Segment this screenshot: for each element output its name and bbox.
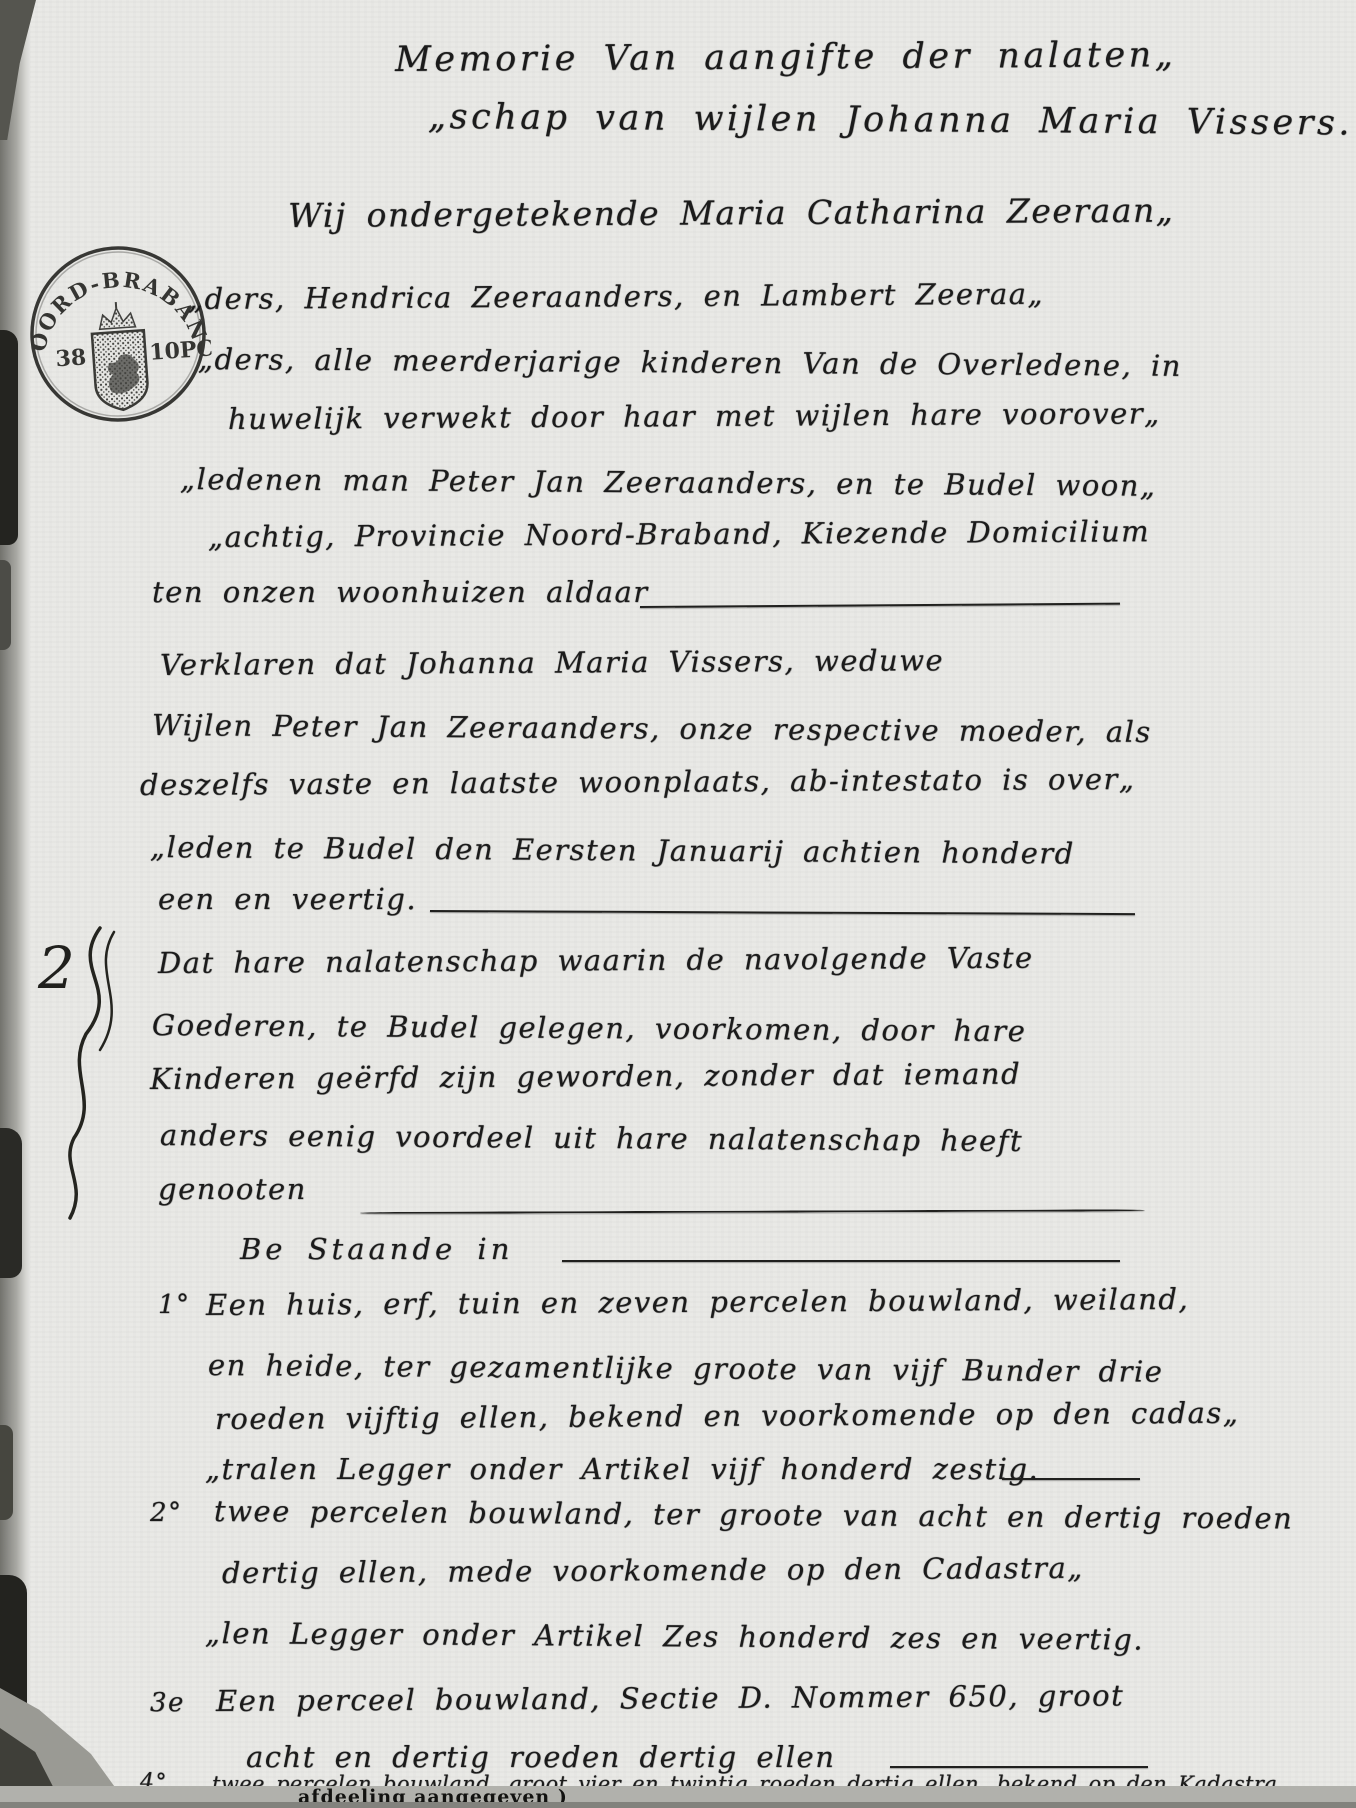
handwritten-line: twee percelen bouwland, ter groote van a… (214, 1494, 1293, 1536)
handwritten-line: „achtig, Provincie Noord-Braband, Kiezen… (208, 514, 1150, 554)
item-rule (1002, 1478, 1140, 1480)
paragraph-rule (640, 603, 1120, 608)
paragraph-rule (430, 910, 1135, 915)
section-heading: Be Staande in (240, 1232, 513, 1266)
crown-icon (98, 301, 136, 329)
handwritten-line: „len Legger onder Artikel Zes honderd ze… (205, 1616, 1144, 1657)
margin-number: 2 (37, 934, 75, 1002)
handwritten-line: Wijlen Peter Jan Zeeraanders, onze respe… (152, 708, 1152, 749)
handwritten-line: ten onzen woonhuizen aldaar (152, 575, 649, 609)
handwritten-line: roeden vijftig ellen, bekend en voorkome… (215, 1396, 1240, 1436)
handwritten-line: Kinderen geërfd zijn geworden, zonder da… (150, 1057, 1021, 1096)
handwritten-line: Goederen, te Budel gelegen, voorkomen, d… (152, 1008, 1027, 1048)
revenue-stamp: NOORD-BRABAND 38 10PC (20, 236, 216, 432)
handwritten-line: „leden te Budel den Eersten Januarij ach… (150, 830, 1075, 870)
stamp-left-code: 38 (55, 344, 87, 372)
scan-bottom-edge (0, 1802, 1356, 1808)
paragraph-rule (360, 1209, 1145, 1214)
handwritten-line: huwelijk verwekt door haar met wijlen ha… (228, 396, 1161, 436)
handwritten-line: Wij ondergetekende Maria Catharina Zeera… (288, 191, 1175, 235)
handwritten-line: Verklaren dat Johanna Maria Vissers, wed… (160, 643, 944, 682)
item-number: 1° (158, 1290, 191, 1320)
revenue-stamp-graphic: NOORD-BRABAND 38 10PC (20, 236, 216, 432)
margin-flourish-icon: 2 (30, 922, 150, 1232)
handwritten-line: anders eenig voordeel uit hare nalatensc… (160, 1118, 1023, 1158)
handwritten-line: een en veertig. (158, 882, 417, 916)
handwritten-line: dertig ellen, mede voorkomende op den Ca… (222, 1551, 1084, 1590)
handwritten-line: „ders, alle meerderjarige kinderen Van d… (198, 342, 1182, 383)
torn-edge-shadow (0, 1425, 13, 1520)
title-line: „schap van wijlen Johanna Maria Vissers. (428, 97, 1353, 143)
handwritten-line: acht en dertig roeden dertig ellen (246, 1740, 835, 1774)
handwritten-line: „ledenen man Peter Jan Zeeraanders, en t… (180, 462, 1157, 503)
item-rule (890, 1766, 1148, 1768)
torn-edge-shadow (0, 1128, 22, 1278)
document-scan: NOORD-BRABAND 38 10PC 2 Memorie Van aang… (0, 0, 1356, 1808)
lion-shield-icon (92, 330, 149, 411)
torn-edge-shadow (0, 560, 11, 650)
item-number: 3e (150, 1688, 185, 1718)
item-number: 2° (150, 1498, 183, 1528)
margin-annotation: 2 (30, 922, 150, 1232)
handwritten-line: Dat hare nalatenschap waarin de navolgen… (158, 941, 1034, 980)
handwritten-line: genooten (158, 1172, 307, 1206)
handwritten-line: Een huis, erf, tuin en zeven percelen bo… (206, 1282, 1189, 1322)
title-line: Memorie Van aangifte der nalaten„ (395, 35, 1177, 80)
handwritten-line: „tralen Legger onder Artikel vijf honder… (205, 1452, 1039, 1486)
handwritten-line: Een perceel bouwland, Sectie D. Nommer 6… (216, 1678, 1124, 1718)
handwritten-line: „ders, Hendrica Zeeraanders, en Lambert … (188, 277, 1044, 316)
heading-rule (562, 1260, 1120, 1262)
handwritten-line: en heide, ter gezamentlijke groote van v… (208, 1348, 1164, 1389)
handwritten-line: deszelfs vaste en laatste woonplaats, ab… (140, 762, 1136, 802)
torn-edge-shadow (0, 330, 18, 545)
